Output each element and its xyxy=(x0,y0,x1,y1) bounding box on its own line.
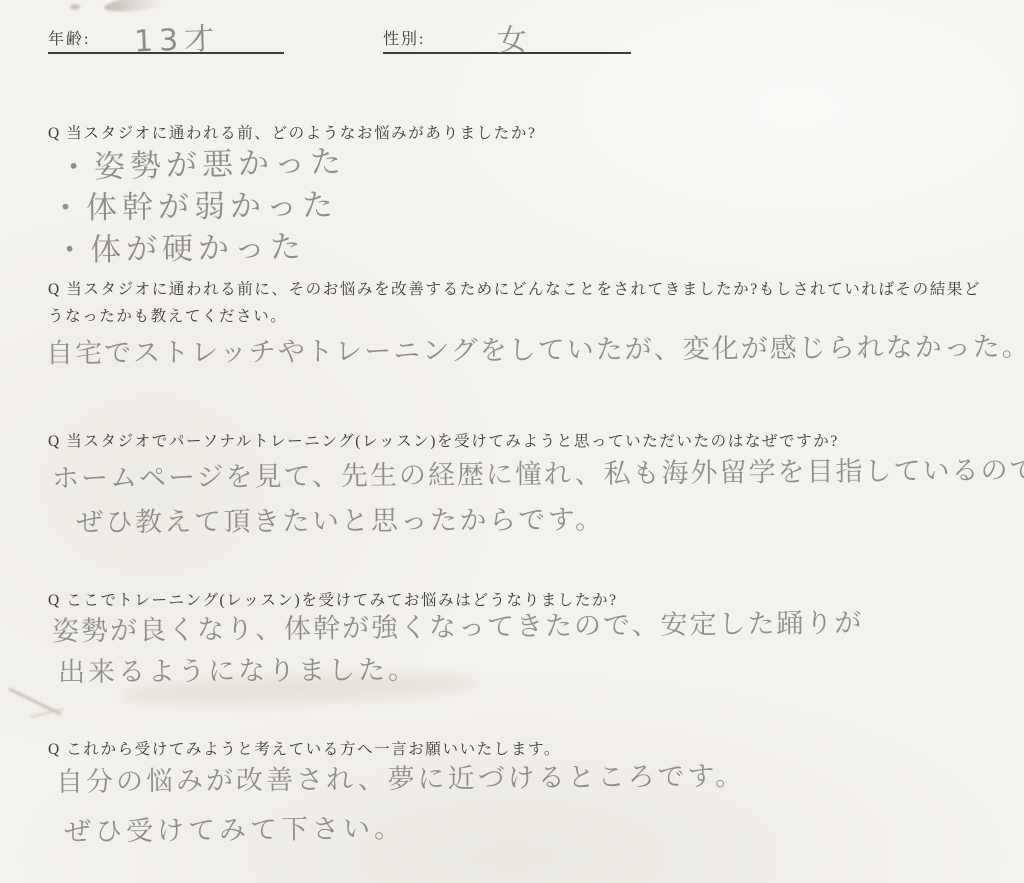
gender-field: 性別: 女 xyxy=(383,20,631,54)
scan-smudge-artifact xyxy=(103,0,182,15)
question-5-answer-line-1: 自分の悩みが改善され、夢に近づけるところです。 xyxy=(56,754,746,799)
age-value-handwritten: 13才 xyxy=(134,26,221,57)
question-4-answer-line-1: 姿勢が良くなり、体幹が強くなってきたので、安定した踊りが xyxy=(52,601,864,648)
question-2-text: Q 当スタジオに通われる前に、そのお悩みを改善するためにどんなことをされてきまし… xyxy=(48,276,986,330)
question-3-answer-line-2: ぜひ教えて頂きたいと思ったからです。 xyxy=(76,498,605,540)
question-1-answer-line-2: ・体幹が弱かった xyxy=(50,179,338,227)
question-4-answer-line-2: 出来るようになりました。 xyxy=(58,648,418,690)
question-5-answer-line-2: ぜひ受けてみて下さい。 xyxy=(64,806,405,849)
age-field: 年齢: 13才 xyxy=(48,20,284,54)
scan-dot-artifact xyxy=(70,4,80,10)
question-3-answer-line-1: ホームページを見て、先生の経歴に憧れ、私も海外留学を目指しているので、 xyxy=(52,448,1024,496)
scanned-questionnaire-page: 年齢: 13才 性別: 女 Q 当スタジオに通われる前、どのようなお悩みがありま… xyxy=(0,0,1024,883)
gender-label: 性別: xyxy=(383,30,425,52)
gender-value-handwritten: 女 xyxy=(497,26,534,55)
age-label: 年齢: xyxy=(48,30,90,52)
question-1-answer-line-3: ・体が硬かった xyxy=(54,221,307,270)
question-2-answer-line-1: 自宅でストレッチやトレーニングをしていたが、変化が感じられなかった。 xyxy=(46,325,1024,371)
